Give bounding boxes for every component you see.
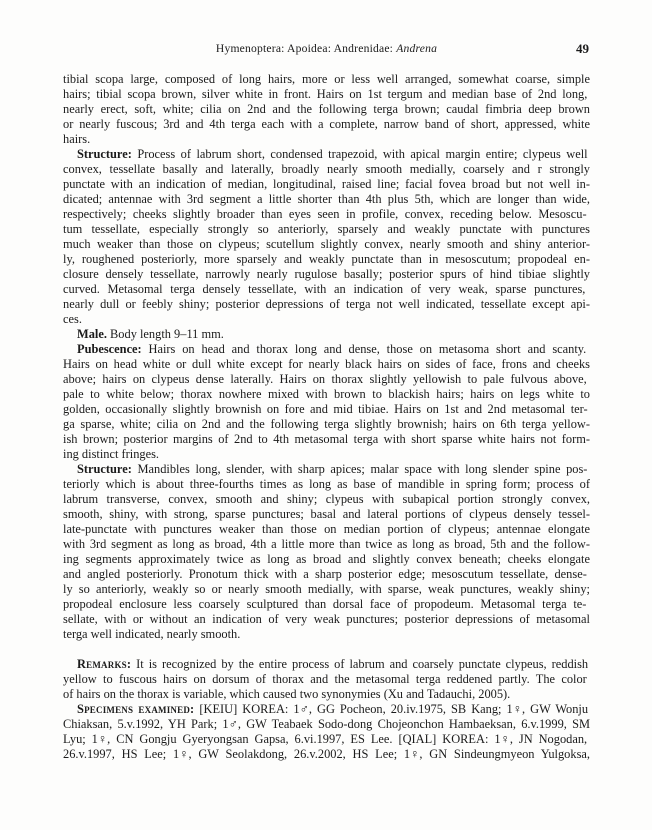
- text-line: yellow to fuscous hairs on dorsum of tho…: [63, 672, 590, 687]
- text-line: with 3rd segment as long as broad, 4th a…: [63, 537, 590, 552]
- page-body: tibial scopa large, composed of long hai…: [63, 72, 590, 762]
- paragraph-lead: Specimens examined:: [77, 702, 194, 716]
- text-line: late-punctate with punctures weaker than…: [63, 522, 590, 537]
- text-line: hairs.: [63, 132, 590, 147]
- text-line: golden, occasionally slightly brownish o…: [63, 402, 590, 417]
- running-title-genus: Andrena: [396, 42, 437, 55]
- text-line: 26.v.1997, HS Lee; 1♀, GW Seolakdong, 26…: [63, 747, 590, 762]
- text-line: ing distinct fringes.: [63, 447, 590, 462]
- paragraph-lead: Male.: [77, 327, 107, 341]
- paragraph: Pubescence: Hairs on head and thorax lon…: [63, 342, 590, 462]
- text-line: Remarks: It is recognized by the entire …: [63, 657, 590, 672]
- text-line: ing segments approximately twice as long…: [63, 552, 590, 567]
- text-line: ga sparse, white; cilia on 2nd and the f…: [63, 417, 590, 432]
- running-title: Hymenoptera: Apoidea: Andrenidae: Andren…: [63, 42, 590, 55]
- text-line: and angled posteriorly. Pronotum thick w…: [63, 567, 590, 582]
- text-line: Structure: Mandibles long, slender, with…: [63, 462, 590, 477]
- text-line: tum tessellate, especially strongly so a…: [63, 222, 590, 237]
- text-line: Hairs on head white or dull white except…: [63, 357, 590, 372]
- text-line: Specimens examined: [KEIU] KOREA: 1♂, GG…: [63, 702, 590, 717]
- text-line: above; hairs on clypeus dense laterally.…: [63, 372, 590, 387]
- text-line: hairs; tibial scopa brown, silver white …: [63, 87, 590, 102]
- paragraph: tibial scopa large, composed of long hai…: [63, 72, 590, 147]
- text-line: terga well indicated, nearly smooth.: [63, 627, 590, 642]
- text-line: nearly dull or feebly shiny; posterior d…: [63, 297, 590, 312]
- text-line: tibial scopa large, composed of long hai…: [63, 72, 590, 87]
- text-line: labrum transverse, convex, smooth and sh…: [63, 492, 590, 507]
- text-line: Structure: Process of labrum short, cond…: [63, 147, 590, 162]
- paper-page: Hymenoptera: Apoidea: Andrenidae: Andren…: [0, 0, 652, 830]
- paragraph-lead: Structure:: [77, 462, 132, 476]
- text-line: much weaker than those on clypeus; scute…: [63, 237, 590, 252]
- paragraph: Structure: Process of labrum short, cond…: [63, 147, 590, 327]
- running-title-plain: Hymenoptera: Apoidea: Andrenidae:: [216, 42, 396, 55]
- text-line: ly so anteriorly, weakly so or nearly sm…: [63, 582, 590, 597]
- paragraph: Remarks: It is recognized by the entire …: [63, 657, 590, 702]
- text-line: curved. Metasomal terga densely tessella…: [63, 282, 590, 297]
- page-header: Hymenoptera: Apoidea: Andrenidae: Andren…: [63, 42, 590, 58]
- text-line: Lyu; 1♀, CN Gongju Gyeryongsan Gapsa, 6.…: [63, 732, 590, 747]
- paragraph: Male. Body length 9–11 mm.: [63, 327, 590, 342]
- text-line: propodeal enclosure less coarsely sculpt…: [63, 597, 590, 612]
- paragraph: Structure: Mandibles long, slender, with…: [63, 462, 590, 642]
- text-line: punctate with an indication of median, l…: [63, 177, 590, 192]
- page-number: 49: [576, 41, 589, 57]
- text-line: convex, tessellate basally and laterally…: [63, 162, 590, 177]
- text-line: ces.: [63, 312, 590, 327]
- paragraph-lead: Pubescence:: [77, 342, 142, 356]
- text-line: dicated; antennae with 3rd segment a lit…: [63, 192, 590, 207]
- text-line: ly, roughened posteriorly, more sparsely…: [63, 252, 590, 267]
- text-line: Male. Body length 9–11 mm.: [63, 327, 590, 342]
- paragraph-lead: Remarks:: [77, 657, 131, 671]
- text-line: nearly erect, soft, white; cilia on 2nd …: [63, 102, 590, 117]
- text-line: of hairs on the thorax is variable, whic…: [63, 687, 590, 702]
- text-line: Pubescence: Hairs on head and thorax lon…: [63, 342, 590, 357]
- text-line: ish brown; posterior margins of 2nd to 4…: [63, 432, 590, 447]
- paragraph-lead: Structure:: [77, 147, 132, 161]
- text-line: smooth, shiny, with strong, sparse punct…: [63, 507, 590, 522]
- text-line: closure densely tessellate, narrowly nea…: [63, 267, 590, 282]
- paragraph: Specimens examined: [KEIU] KOREA: 1♂, GG…: [63, 702, 590, 762]
- text-line: Chiaksan, 5.v.1992, YH Park; 1♂, GW Teab…: [63, 717, 590, 732]
- text-line: pale to white below; thorax nowhere mixe…: [63, 387, 590, 402]
- text-line: respectively; cheeks slightly broader th…: [63, 207, 590, 222]
- text-line: teriorly which is about three-fourths ti…: [63, 477, 590, 492]
- text-line: or nearly fuscous; 3rd and 4th terga eac…: [63, 117, 590, 132]
- text-line: sellate, with or without an indication o…: [63, 612, 590, 627]
